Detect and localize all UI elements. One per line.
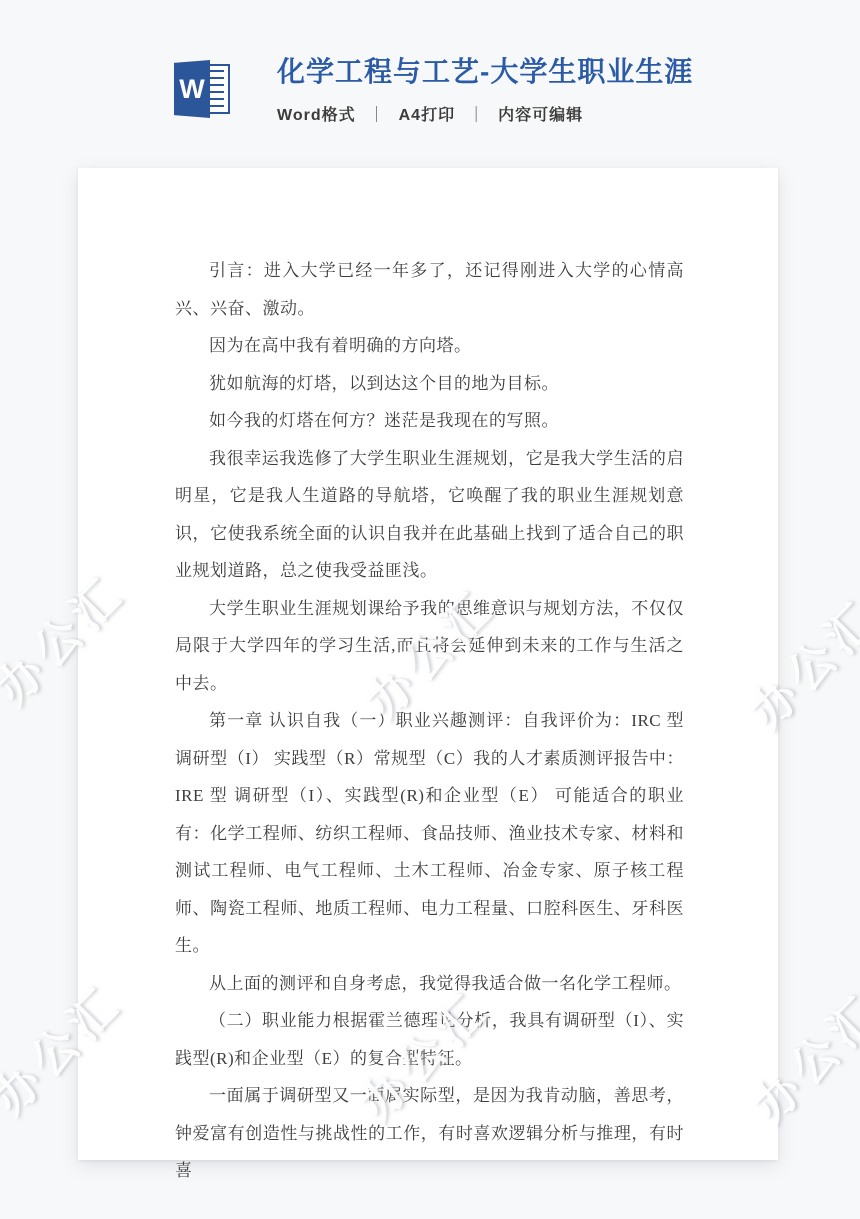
word-icon-cover: W [174, 60, 210, 118]
meta-separator: ｜ [369, 107, 386, 124]
doc-header: W 化学工程与工艺-大学生职业生涯 Word格式｜A4打印｜内容可编辑 [0, 0, 860, 168]
word-document-icon: W [174, 60, 231, 118]
paragraph: 犹如航海的灯塔，以到达这个目的地为目标。 [175, 365, 684, 403]
meta-a4-print: A4打印 [399, 107, 455, 124]
word-icon-letter: W [179, 74, 204, 105]
paragraph: 我很幸运我选修了大学生职业生涯规划，它是我大学生活的启明星，它是我人生道路的导航… [175, 440, 684, 590]
paragraph: 因为在高中我有着明确的方向塔。 [175, 327, 684, 365]
paragraph: 大学生职业生涯规划课给予我的思维意识与规划方法，不仅仅局限于大学四年的学习生活,… [175, 590, 684, 703]
meta-separator: ｜ [468, 107, 485, 124]
document-meta: Word格式｜A4打印｜内容可编辑 [277, 102, 837, 125]
document-page: 引言：进入大学已经一年多了，还记得刚进入大学的心情高兴、兴奋、激动。 因为在高中… [78, 168, 778, 1160]
paragraph: 一面属于调研型又一面属实际型，是因为我肯动脑，善思考，钟爱富有创造性与挑战性的工… [175, 1077, 684, 1190]
paragraph: 从上面的测评和自身考虑，我觉得我适合做一名化学工程师。 [175, 965, 684, 1003]
header-text: 化学工程与工艺-大学生职业生涯 Word格式｜A4打印｜内容可编辑 [277, 55, 837, 125]
paragraph: 如今我的灯塔在何方？迷茫是我现在的写照。 [175, 402, 684, 440]
paragraph: （二）职业能力根据霍兰德理论分析，我具有调研型（I）、实践型(R)和企业型（E）… [175, 1002, 684, 1077]
meta-editable: 内容可编辑 [498, 107, 583, 124]
paragraph: 第一章 认识自我（一）职业兴趣测评：自我评价为：IRC 型 调研型（I） 实践型… [175, 702, 684, 965]
page-background: W 化学工程与工艺-大学生职业生涯 Word格式｜A4打印｜内容可编辑 引言：进… [0, 0, 860, 1219]
meta-word-format: Word格式 [277, 107, 356, 124]
document-content: 引言：进入大学已经一年多了，还记得刚进入大学的心情高兴、兴奋、激动。 因为在高中… [78, 168, 778, 1190]
paragraph: 引言：进入大学已经一年多了，还记得刚进入大学的心情高兴、兴奋、激动。 [175, 252, 684, 327]
document-title[interactable]: 化学工程与工艺-大学生职业生涯 [277, 55, 837, 89]
